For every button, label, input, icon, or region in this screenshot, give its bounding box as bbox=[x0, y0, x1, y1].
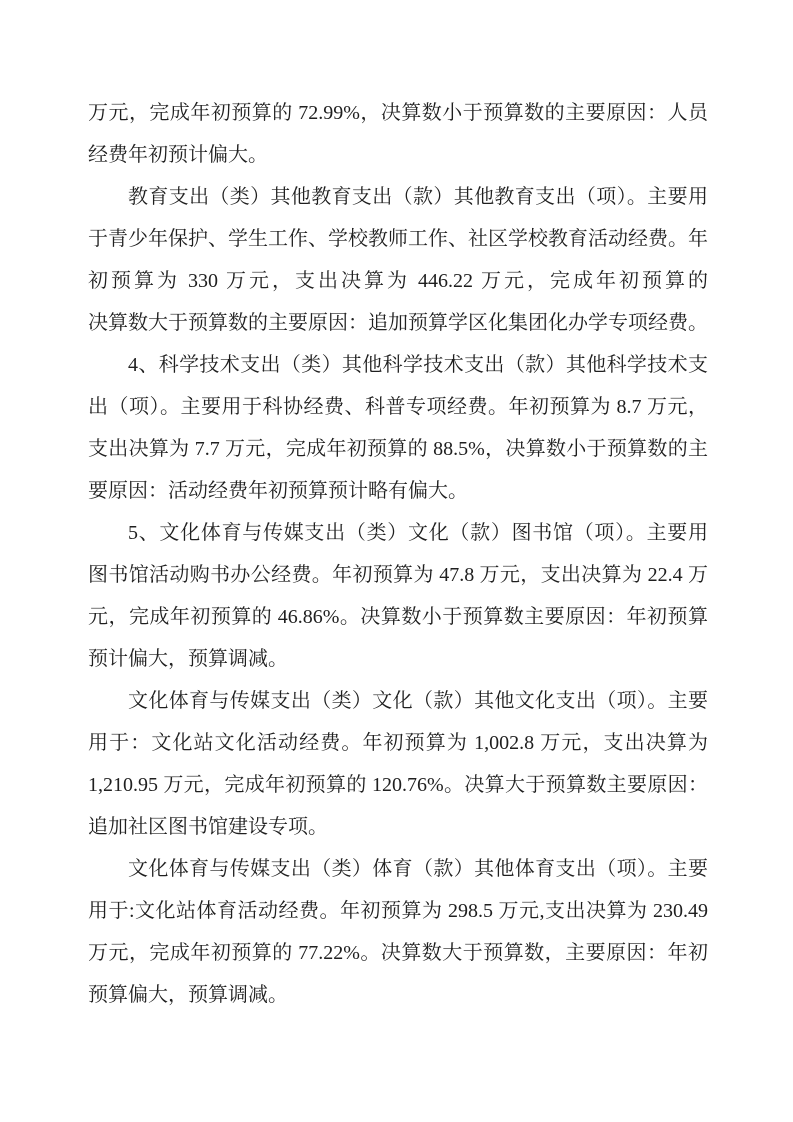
document-page: 万元，完成年初预算的 72.99%，决算数小于预算数的主要原因：人员经费年初预计… bbox=[0, 0, 793, 1122]
text-line: 用于：文化站文化活动经费。年初预算为 1,002.8 万元，支出决算为 bbox=[88, 722, 708, 764]
paragraph: 4、科学技术支出（类）其他科学技术支出（款）其他科学技术支出（项）。主要用于科协… bbox=[88, 344, 708, 512]
text-line: 1,210.95 万元，完成年初预算的 120.76%。决算大于预算数主要原因： bbox=[88, 764, 708, 806]
text-line: 初预算为 330 万元，支出决算为 446.22 万元，完成年初预算的 135.… bbox=[88, 260, 708, 302]
text-line: 图书馆活动购书办公经费。年初预算为 47.8 万元，支出决算为 22.4 万 bbox=[88, 554, 708, 596]
paragraph: 教育支出（类）其他教育支出（款）其他教育支出（项）。主要用于青少年保护、学生工作… bbox=[88, 176, 708, 344]
text-line: 万元，完成年初预算的 72.99%，决算数小于预算数的主要原因：人员 bbox=[88, 92, 708, 134]
text-line: 于青少年保护、学生工作、学校教师工作、社区学校教育活动经费。年 bbox=[88, 218, 708, 260]
paragraph: 5、文化体育与传媒支出（类）文化（款）图书馆（项）。主要用于：图书馆活动购书办公… bbox=[88, 512, 708, 680]
paragraph: 文化体育与传媒支出（类）文化（款）其他文化支出（项）。主要用于：文化站文化活动经… bbox=[88, 680, 708, 848]
paragraph: 万元，完成年初预算的 72.99%，决算数小于预算数的主要原因：人员经费年初预计… bbox=[88, 92, 708, 176]
text-line: 万元，完成年初预算的 77.22%。决算数大于预算数，主要原因：年初 bbox=[88, 932, 708, 974]
text-block: 万元，完成年初预算的 72.99%，决算数小于预算数的主要原因：人员经费年初预计… bbox=[88, 92, 708, 1016]
text-line: 文化体育与传媒支出（类）文化（款）其他文化支出（项）。主要 bbox=[88, 680, 708, 722]
paragraph: 文化体育与传媒支出（类）体育（款）其他体育支出（项）。主要用于:文化站体育活动经… bbox=[88, 848, 708, 1016]
text-line: 决算数大于预算数的主要原因：追加预算学区化集团化办学专项经费。 bbox=[88, 302, 708, 344]
text-line: 文化体育与传媒支出（类）体育（款）其他体育支出（项）。主要 bbox=[88, 848, 708, 890]
text-line: 出（项）。主要用于科协经费、科普专项经费。年初预算为 8.7 万元， bbox=[88, 386, 708, 428]
text-line: 4、科学技术支出（类）其他科学技术支出（款）其他科学技术支 bbox=[88, 344, 708, 386]
text-line: 支出决算为 7.7 万元，完成年初预算的 88.5%，决算数小于预算数的主 bbox=[88, 428, 708, 470]
text-line: 元，完成年初预算的 46.86%。决算数小于预算数主要原因：年初预算 bbox=[88, 596, 708, 638]
text-line: 教育支出（类）其他教育支出（款）其他教育支出（项）。主要用 bbox=[88, 176, 708, 218]
text-line: 用于:文化站体育活动经费。年初预算为 298.5 万元,支出决算为 230.49 bbox=[88, 890, 708, 932]
text-line: 5、文化体育与传媒支出（类）文化（款）图书馆（项）。主要用于： bbox=[88, 512, 708, 554]
text-line: 要原因：活动经费年初预算预计略有偏大。 bbox=[88, 470, 708, 512]
text-line: 经费年初预计偏大。 bbox=[88, 134, 708, 176]
text-line: 预计偏大，预算调减。 bbox=[88, 638, 708, 680]
text-line: 追加社区图书馆建设专项。 bbox=[88, 806, 708, 848]
text-line: 预算偏大，预算调减。 bbox=[88, 974, 708, 1016]
